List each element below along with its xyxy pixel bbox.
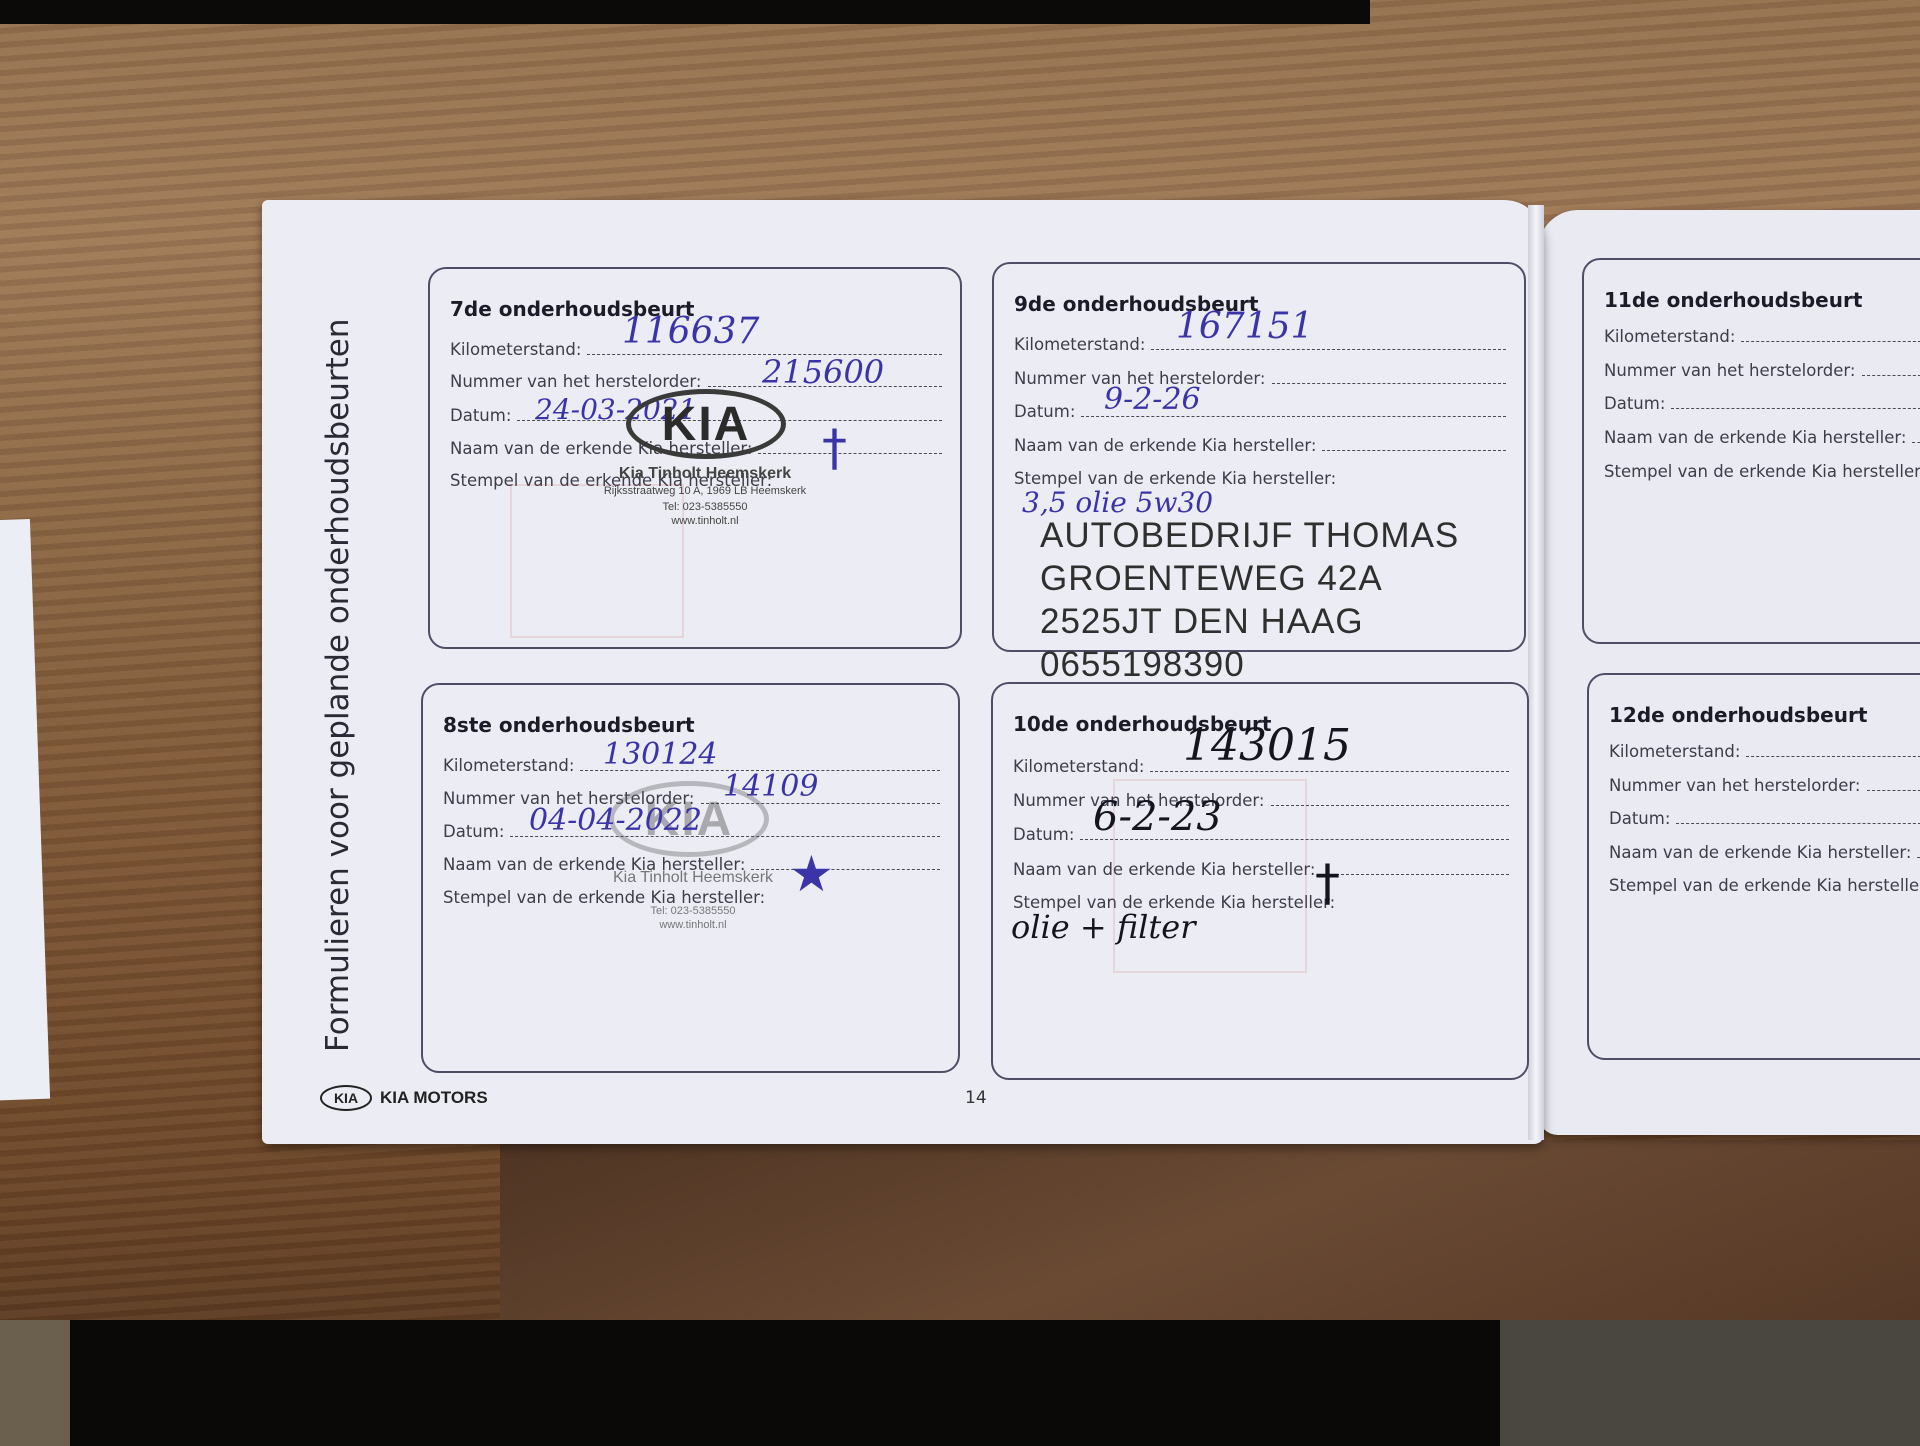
handwritten-note: olie + filter (1011, 908, 1196, 946)
garage-stamp-line: 2525JT DEN HAAG (1040, 600, 1459, 643)
vertical-page-title: Formulieren voor geplande onderhoudsbeur… (320, 318, 356, 1052)
handwritten-km: 143015 (1183, 720, 1351, 771)
dealer-stamp-name: Kia Tinholt Heemskerk (575, 465, 835, 483)
field-name[interactable]: Naam van de erkende Kia hersteller: (1604, 423, 1920, 447)
page-number: 14 (965, 1088, 987, 1108)
floor-right (1500, 1320, 1920, 1446)
handwritten-date: 6-2-23 (1093, 794, 1222, 840)
handwritten-order: 14109 (723, 769, 818, 804)
garage-stamp: AUTOBEDRIJF THOMAS GROENTEWEG 42A 2525JT… (1040, 514, 1459, 686)
dealer-stamp-name: Kia Tinholt Heemskerk (563, 869, 823, 887)
handwritten-km: 167151 (1176, 306, 1313, 347)
field-date[interactable]: Datum: (1014, 397, 1506, 421)
service-box-12: 12de onderhoudsbeurt Kilometerstand: Num… (1587, 673, 1920, 1060)
field-order[interactable]: Nummer van het herstelorder: (1604, 356, 1920, 380)
signature-icon: † (1315, 854, 1340, 912)
handwritten-order: 215600 (762, 353, 884, 391)
field-date[interactable]: Datum: (1609, 804, 1920, 828)
floor-left (0, 1320, 70, 1446)
dealer-stamp-tel: Tel: 023-5385550 (563, 905, 823, 918)
service-title: 8ste onderhoudsbeurt (443, 713, 695, 737)
dark-object-top (0, 0, 1370, 24)
field-name[interactable]: Naam van de erkende Kia hersteller: (1609, 838, 1920, 862)
service-box-7: 7de onderhoudsbeurt Kilometerstand: Numm… (428, 267, 962, 649)
field-order[interactable]: Nummer van het herstelorder: (1609, 771, 1920, 795)
service-box-10: 10de onderhoudsbeurt Kilometerstand: Num… (991, 682, 1529, 1080)
field-km[interactable]: Kilometerstand: (1609, 737, 1920, 761)
book-spine (1528, 205, 1544, 1140)
handwritten-date: 9-2-26 (1104, 382, 1201, 417)
dealer-stamp-web: www.tinholt.nl (563, 919, 823, 932)
field-name[interactable]: Naam van de erkende Kia hersteller: (1014, 431, 1506, 455)
handwritten-km: 130124 (603, 737, 718, 772)
service-box-11: 11de onderhoudsbeurt Kilometerstand: Num… (1582, 258, 1920, 644)
kia-dealer-stamp-logo: KIA (626, 389, 786, 459)
wooden-table-edge (500, 1140, 1920, 1320)
field-order[interactable]: Nummer van het herstelorder: (1014, 364, 1506, 388)
handwritten-date: 04-04-2022 (529, 803, 702, 838)
service-box-8: 8ste onderhoudsbeurt Kilometerstand: Num… (421, 683, 960, 1073)
dealer-stamp-tel: Tel: 023-5385550 (575, 501, 835, 514)
field-km[interactable]: Kilometerstand: (1604, 322, 1920, 346)
brand-name: KIA MOTORS (380, 1088, 488, 1108)
garage-stamp-line: AUTOBEDRIJF THOMAS (1040, 514, 1459, 557)
dealer-stamp-address: Rijksstraatweg 10 A, 1969 LB Heemskerk (575, 485, 835, 498)
field-date[interactable]: Datum: (1604, 389, 1920, 413)
signature-icon: † (822, 419, 847, 477)
service-box-9: 9de onderhoudsbeurt Kilometerstand: Numm… (992, 262, 1526, 652)
signature-icon: ★ (789, 845, 834, 903)
service-title: 11de onderhoudsbeurt (1604, 288, 1862, 312)
dealer-stamp-web: www.tinholt.nl (575, 515, 835, 528)
garage-stamp-line: GROENTEWEG 42A (1040, 557, 1459, 600)
service-title: 12de onderhoudsbeurt (1609, 703, 1867, 727)
kia-logo-icon: KIA (320, 1085, 372, 1111)
garage-stamp-line: 0655198390 (1040, 643, 1459, 686)
handwritten-km: 116637 (622, 311, 759, 352)
field-stamp: Stempel van de erkende Kia hersteller: (1604, 457, 1920, 481)
kia-motors-logo: KIA KIA MOTORS (320, 1085, 488, 1111)
field-stamp: Stempel van de erkende Kia hersteller: (1014, 464, 1506, 488)
field-stamp: Stempel van de erkende Kia hersteller: (1609, 871, 1920, 895)
